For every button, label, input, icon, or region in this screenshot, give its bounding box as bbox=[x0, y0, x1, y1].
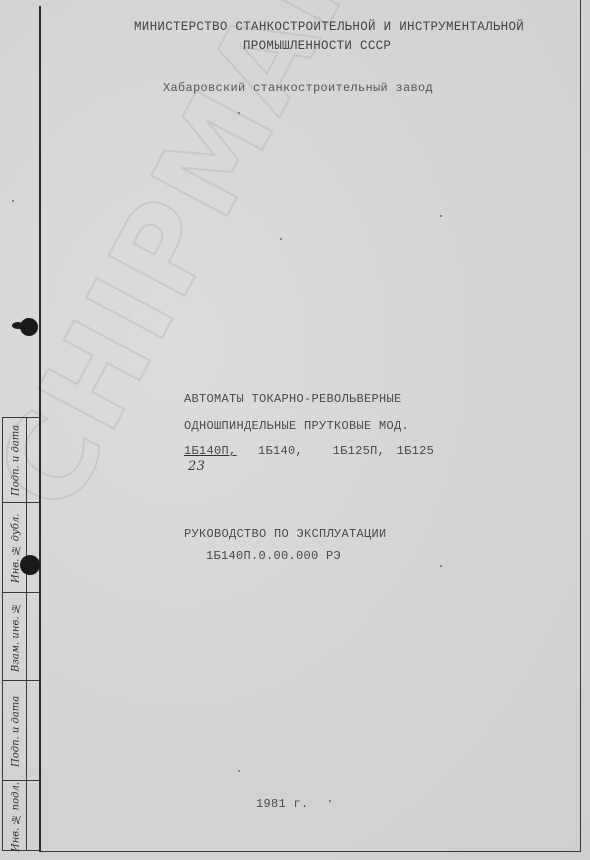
model-list: 1Б140П, 1Б140, 1Б125П, 1Б125 bbox=[184, 444, 434, 458]
stamp-label: Подп. и дата bbox=[7, 418, 25, 503]
title-line-1: АВТОМАТЫ ТОКАРНО-РЕВОЛЬВЕРНЫЕ bbox=[184, 392, 402, 406]
stamp-cell: Подп. и дата bbox=[3, 418, 41, 503]
stamp-cell: Взам. инв. № bbox=[3, 593, 41, 681]
manual-title: РУКОВОДСТВО ПО ЭКСПЛУАТАЦИИ bbox=[184, 527, 387, 541]
handwritten-note: 23 bbox=[188, 459, 205, 474]
ink-blot bbox=[12, 322, 24, 329]
title-line-2: ОДНОШПИНДЕЛЬНЫЕ ПРУТКОВЫЕ МОД. bbox=[184, 419, 409, 433]
model-1b125p: 1Б125П, bbox=[333, 444, 386, 458]
model-1b125: 1Б125 bbox=[397, 444, 435, 458]
speck bbox=[440, 215, 442, 217]
speck bbox=[440, 565, 442, 567]
speck bbox=[280, 238, 282, 240]
model-1b140: 1Б140, bbox=[258, 444, 303, 458]
speck bbox=[238, 112, 240, 114]
frame-right-border bbox=[580, 0, 581, 852]
model-1b140p: 1Б140П, bbox=[184, 444, 237, 458]
speck bbox=[12, 200, 14, 202]
plant-name: Хабаровский станкостроительный завод bbox=[163, 81, 433, 95]
approval-stamp-table: Подп. и дата Инв. № дубл. Взам. инв. № П… bbox=[2, 417, 40, 851]
document-page: CHIPMAKER.RU МИНИСТЕРСТВО СТАНКОСТРОИТЕЛ… bbox=[0, 0, 590, 860]
ink-blot bbox=[20, 555, 40, 575]
stamp-cell: Инв. № подл. bbox=[3, 781, 41, 852]
stamp-label: Подп. и дата bbox=[7, 681, 25, 781]
frame-bottom-border bbox=[41, 851, 581, 852]
stamp-label: Инв. № подл. bbox=[7, 781, 25, 852]
speck bbox=[329, 800, 331, 802]
ministry-line-2: ПРОМЫШЛЕННОСТИ СССР bbox=[243, 39, 391, 53]
stamp-label: Взам. инв. № bbox=[7, 593, 25, 681]
stamp-cell: Подп. и дата bbox=[3, 681, 41, 781]
speck bbox=[238, 770, 240, 772]
stamp-label: Инв. № дубл. bbox=[7, 503, 25, 593]
manual-code: 1Б140П.0.00.000 РЭ bbox=[206, 549, 341, 563]
stamp-cell: Инв. № дубл. bbox=[3, 503, 41, 593]
year: 1981 г. bbox=[256, 797, 309, 811]
ministry-line-1: МИНИСТЕРСТВО СТАНКОСТРОИТЕЛЬНОЙ И ИНСТРУ… bbox=[134, 20, 524, 34]
